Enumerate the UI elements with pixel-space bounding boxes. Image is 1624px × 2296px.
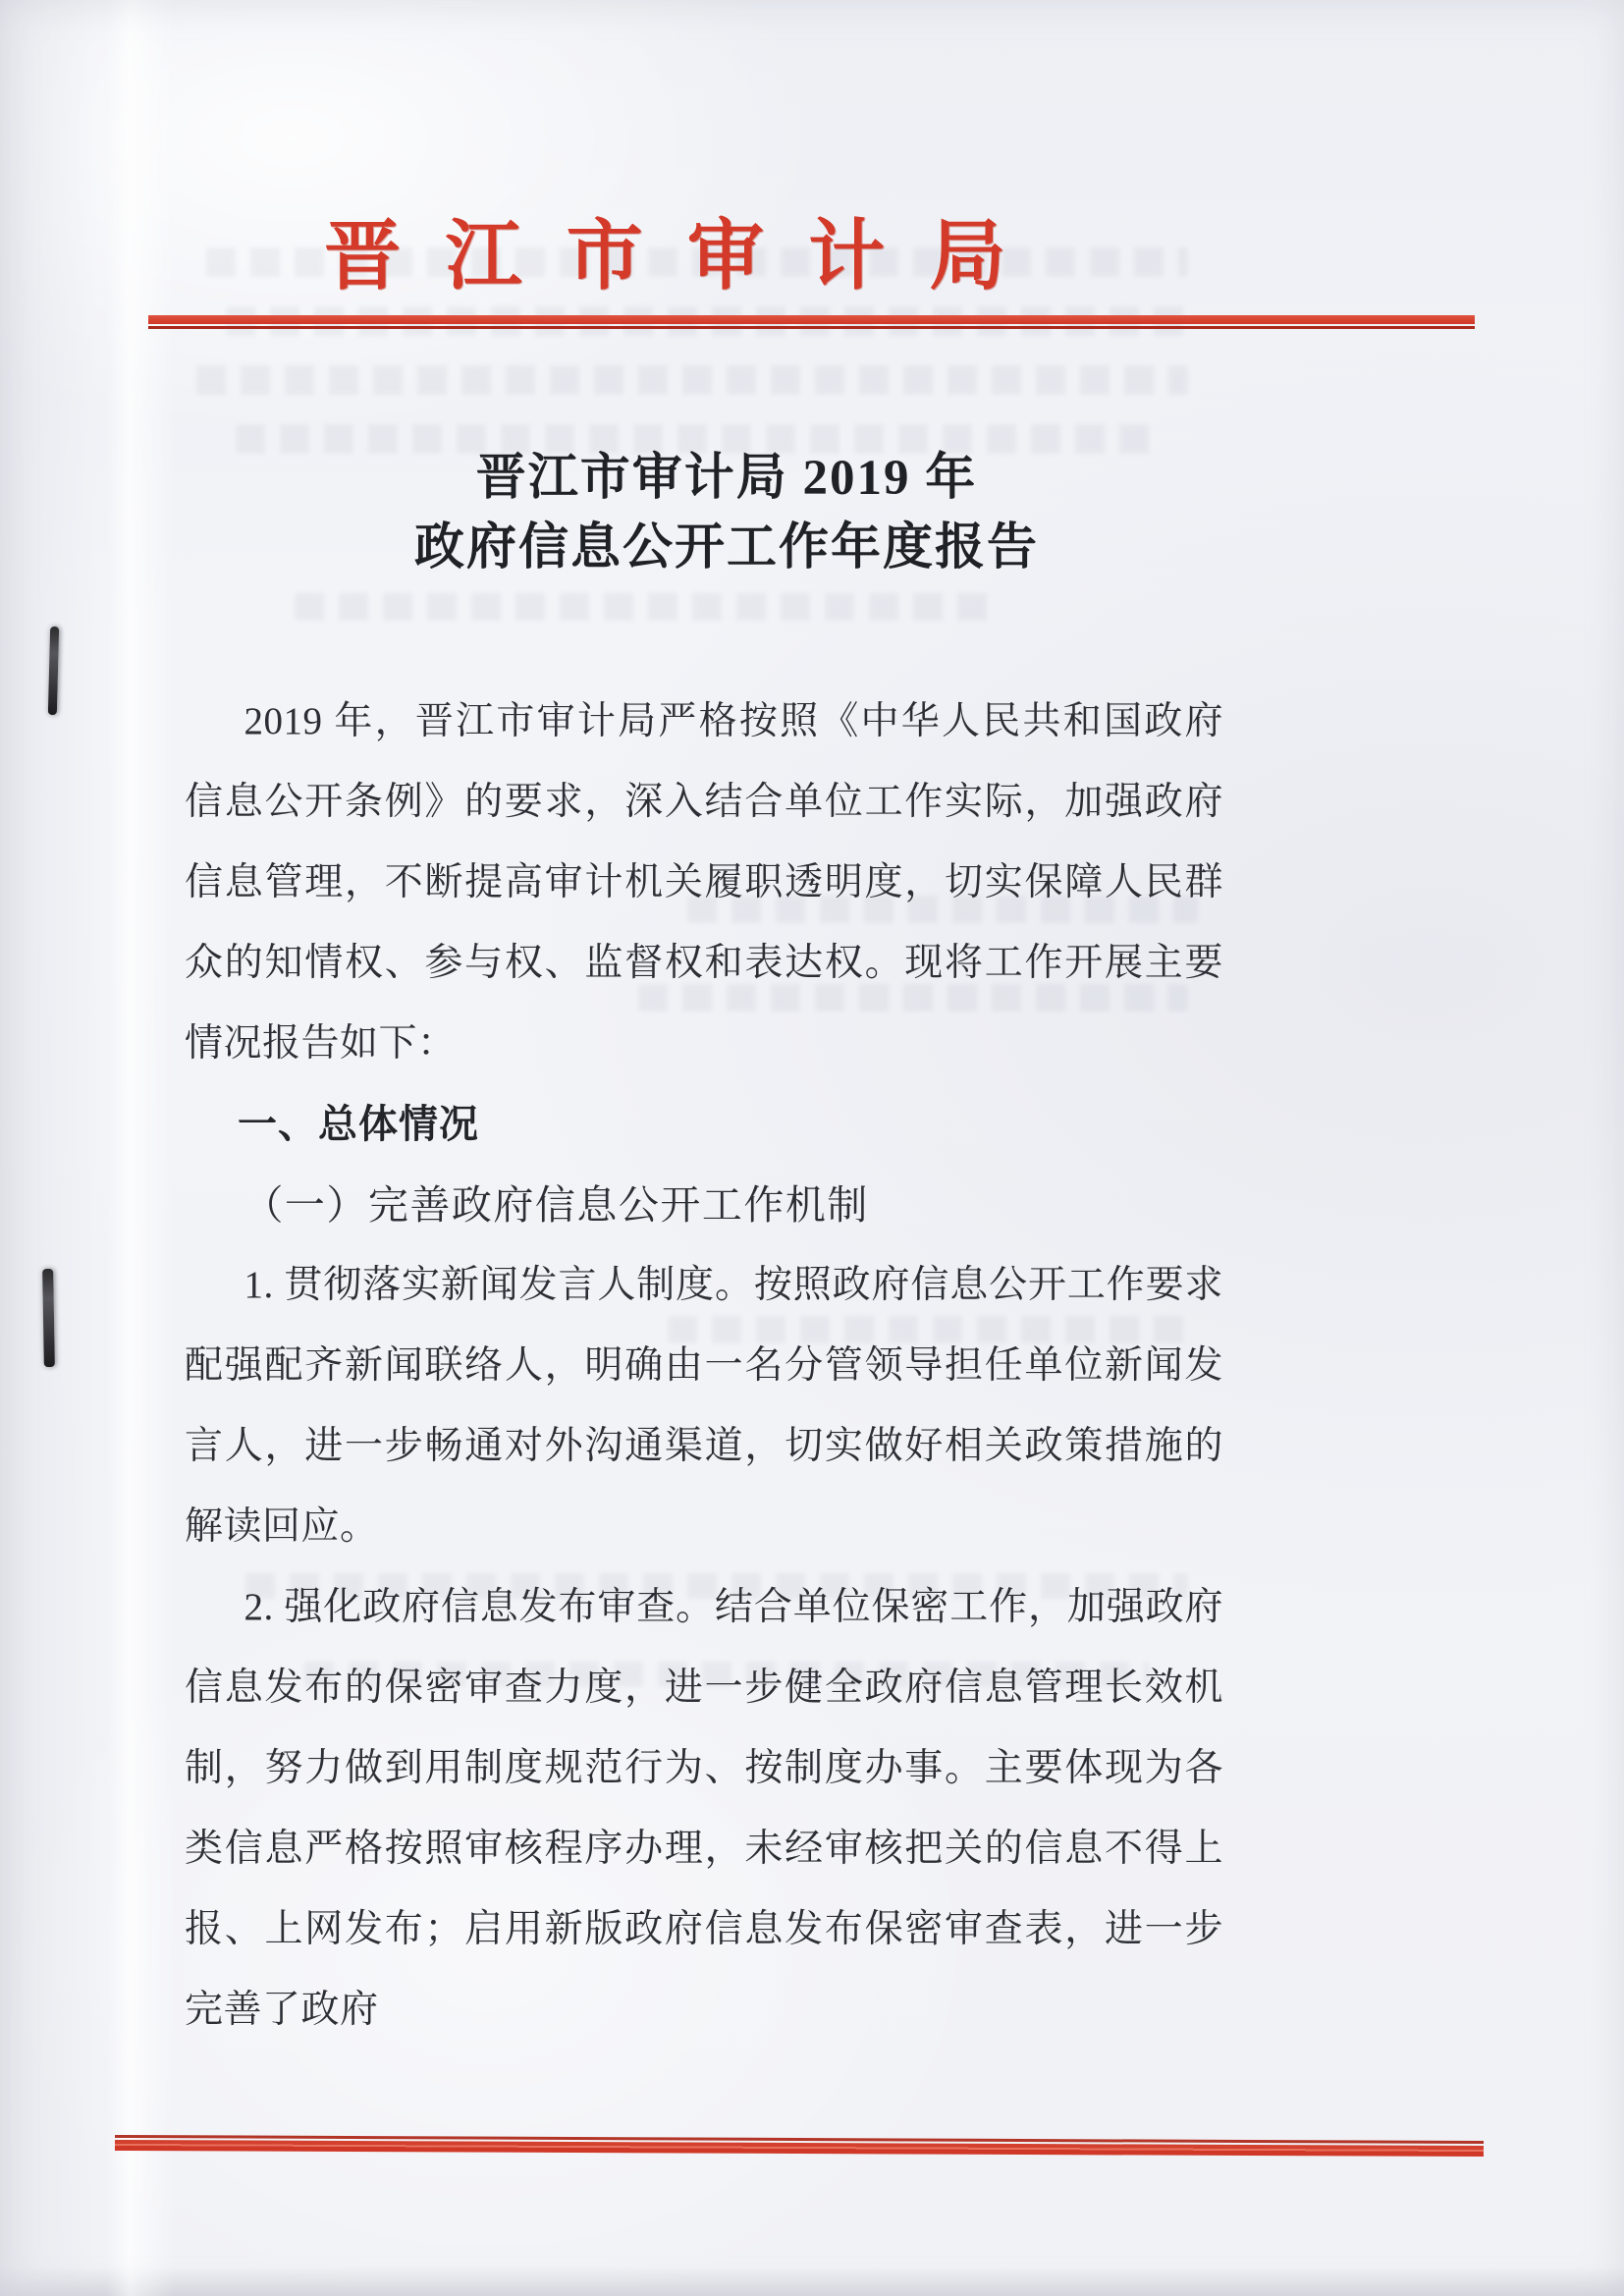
footer-rule (115, 2135, 1484, 2157)
letterhead-rule (148, 315, 1475, 329)
staple-mark (42, 1269, 55, 1367)
staple-mark (48, 627, 59, 715)
document-title-line-1: 晋江市审计局 2019 年 (187, 444, 1267, 514)
bleedthrough-texture (295, 593, 1001, 621)
subsection-1-heading: （一）完善政府信息公开工作机制 (185, 1165, 1223, 1245)
document-title-line-2: 政府信息公开工作年度报告 (187, 514, 1267, 583)
item-1-paragraph: 1. 贯彻落实新闻发言人制度。按照政府信息公开工作要求配强配齐新闻联络人，明确由… (185, 1245, 1223, 1567)
intro-paragraph: 2019 年，晋江市审计局严格按照《中华人民共和国政府信息公开条例》的要求，深入… (185, 682, 1223, 1084)
scanned-document-page: 晋江市审计局 晋江市审计局 2019 年 政府信息公开工作年度报告 2019 年… (0, 0, 1624, 2296)
letterhead-agency-name: 晋江市审计局 (118, 214, 1257, 299)
bleedthrough-texture (196, 365, 1188, 395)
section-1-heading: 一、总体情况 (185, 1084, 1223, 1165)
document-title: 晋江市审计局 2019 年 政府信息公开工作年度报告 (187, 444, 1267, 583)
letterhead-rule-thin-line (148, 326, 1475, 329)
item-2-paragraph: 2. 强化政府信息发布审查。结合单位保密工作，加强政府信息发布的保密审查力度，进… (185, 1567, 1223, 2050)
document-body: 2019 年，晋江市审计局严格按照《中华人民共和国政府信息公开条例》的要求，深入… (185, 682, 1223, 2050)
letterhead-rule-thick-line (148, 315, 1475, 324)
